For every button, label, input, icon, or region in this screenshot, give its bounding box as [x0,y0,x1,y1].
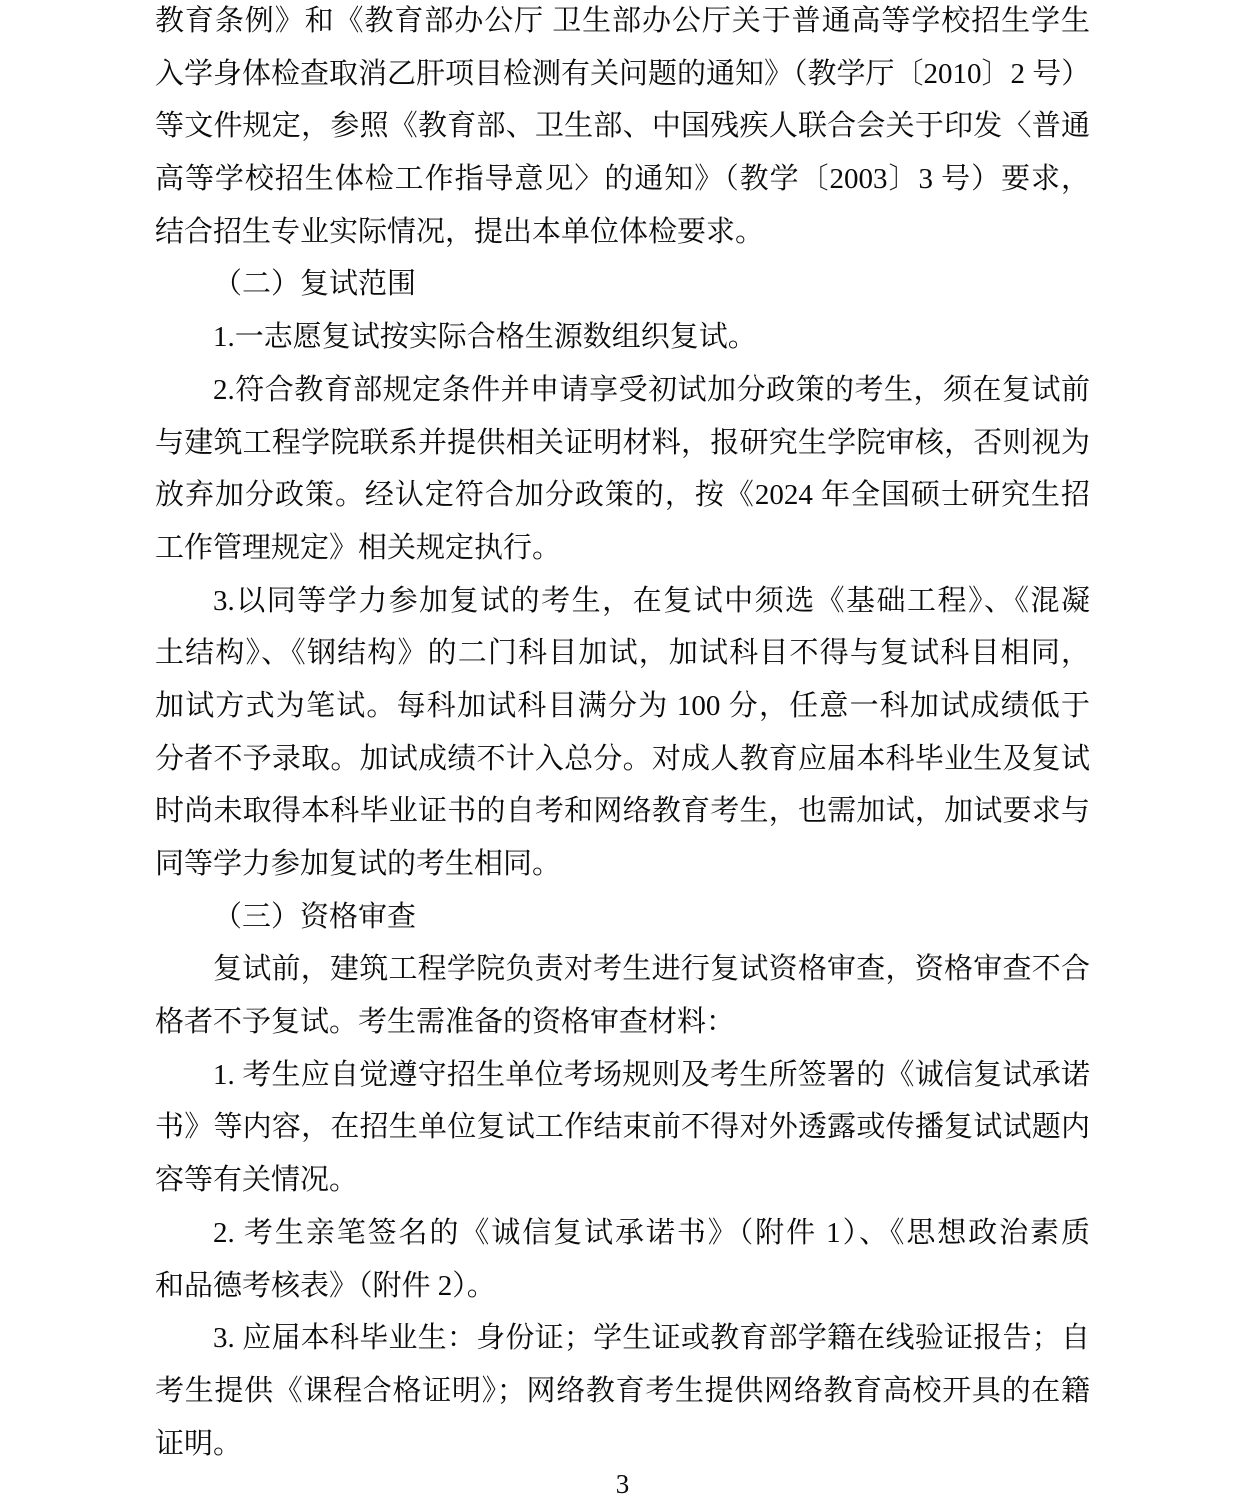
document-line: 与建筑工程学院联系并提供相关证明材料，报研究生学院审核，否则视为 [155,417,1090,470]
document-line: 同等学力参加复试的考生相同。 [155,838,1090,891]
document-line: 入学身体检查取消乙肝项目检测有关问题的通知》（教学厅〔2010〕2 号） [155,48,1090,101]
document-line: 3. 应届本科毕业生：身份证；学生证或教育部学籍在线验证报告；自 [155,1312,1090,1365]
document-line: 等文件规定，参照《教育部、卫生部、中国残疾人联合会关于印发〈普通 [155,100,1090,153]
document-line: 放弃加分政策。经认定符合加分政策的，按《2024 年全国硕士研究生招生 [155,469,1090,522]
document-line: 证明。 [155,1418,1090,1471]
document-line: 和品德考核表》（附件 2）。 [155,1260,1090,1313]
document-line: 考生提供《课程合格证明》；网络教育考生提供网络教育高校开具的在籍 [155,1365,1090,1418]
document-line: 格者不予复试。考生需准备的资格审查材料： [155,996,1090,1049]
document-page: 教育条例》和《教育部办公厅 卫生部办公厅关于普通高等学校招生学生入学身体检查取消… [0,0,1241,1505]
document-line: 1.一志愿复试按实际合格生源数组织复试。 [155,311,1090,364]
page-number: 3 [155,1464,1090,1504]
document-body: 教育条例》和《教育部办公厅 卫生部办公厅关于普通高等学校招生学生入学身体检查取消… [155,0,1090,1470]
document-line: 3.以同等学力参加复试的考生，在复试中须选《基础工程》、《混凝 [155,575,1090,628]
document-line: 工作管理规定》相关规定执行。 [155,522,1090,575]
document-line: 书》等内容，在招生单位复试工作结束前不得对外透露或传播复试试题内 [155,1101,1090,1154]
document-line: 土结构》、《钢结构》的二门科目加试，加试科目不得与复试科目相同， [155,627,1090,680]
document-line: 2. 考生亲笔签名的《诚信复试承诺书》（附件 1）、《思想政治素质 [155,1207,1090,1260]
document-line: 结合招生专业实际情况，提出本单位体检要求。 [155,206,1090,259]
document-line: 1. 考生应自觉遵守招生单位考场规则及考生所签署的《诚信复试承诺 [155,1049,1090,1102]
document-line: 高等学校招生体检工作指导意见〉的通知》（教学〔2003〕3 号）要求， [155,153,1090,206]
document-line: 容等有关情况。 [155,1154,1090,1207]
document-line: （三）资格审查 [155,891,1090,944]
document-line: 时尚未取得本科毕业证书的自考和网络教育考生，也需加试，加试要求与 [155,785,1090,838]
document-line: 2.符合教育部规定条件并申请享受初试加分政策的考生，须在复试前 [155,364,1090,417]
document-line: （二）复试范围 [155,258,1090,311]
document-line: 复试前，建筑工程学院负责对考生进行复试资格审查，资格审查不合 [155,943,1090,996]
document-line: 分者不予录取。加试成绩不计入总分。对成人教育应届本科毕业生及复试 [155,733,1090,786]
document-line: 教育条例》和《教育部办公厅 卫生部办公厅关于普通高等学校招生学生 [155,0,1090,48]
document-line: 加试方式为笔试。每科加试科目满分为 100 分，任意一科加试成绩低于 60 [155,680,1090,733]
